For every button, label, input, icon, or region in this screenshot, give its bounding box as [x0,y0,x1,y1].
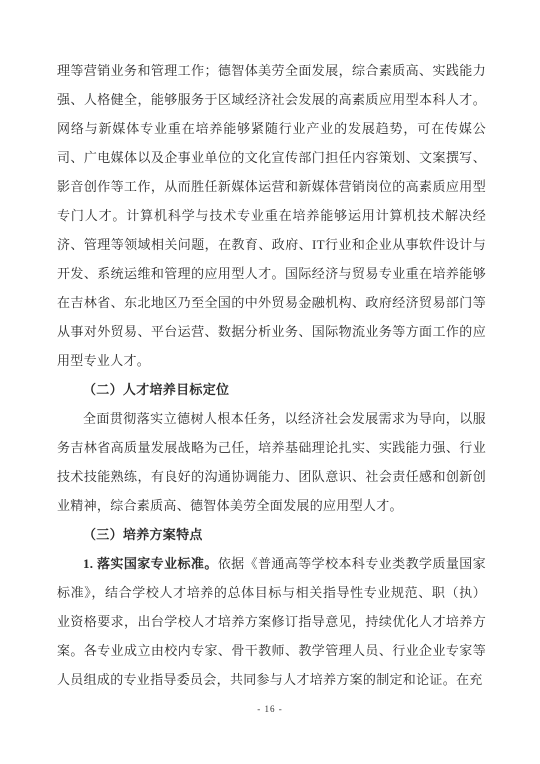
paragraph-training-goal-positioning: 全面贯彻落实立德树人根本任务，以经济社会发展需求为导向，以服务吉林省高质量发展战… [57,404,486,520]
document-body: 理等营销业务和管理工作；德智体美劳全面发展，综合素质高、实践能力强、人格健全，能… [57,56,486,694]
paragraph-body-text: 依据《普通高等学校本科专业类教学质量国家标准》，结合学校人才培养的总体目标与相关… [57,556,486,687]
paragraph-professional-goals-continued: 理等营销业务和管理工作；德智体美劳全面发展，综合素质高、实践能力强、人格健全，能… [57,56,486,375]
paragraph-national-professional-standards: 1. 落实国家专业标准。依据《普通高等学校本科专业类教学质量国家标准》，结合学校… [57,549,486,694]
page-number: - 16 - [0,702,540,716]
heading-talent-training-goal-positioning: （二）人才培养目标定位 [57,375,486,404]
paragraph-bold-lead: 1. 落实国家专业标准。 [83,556,218,571]
heading-training-plan-features: （三）培养方案特点 [57,520,486,549]
document-page: 理等营销业务和管理工作；德智体美劳全面发展，综合素质高、实践能力强、人格健全，能… [0,0,540,764]
